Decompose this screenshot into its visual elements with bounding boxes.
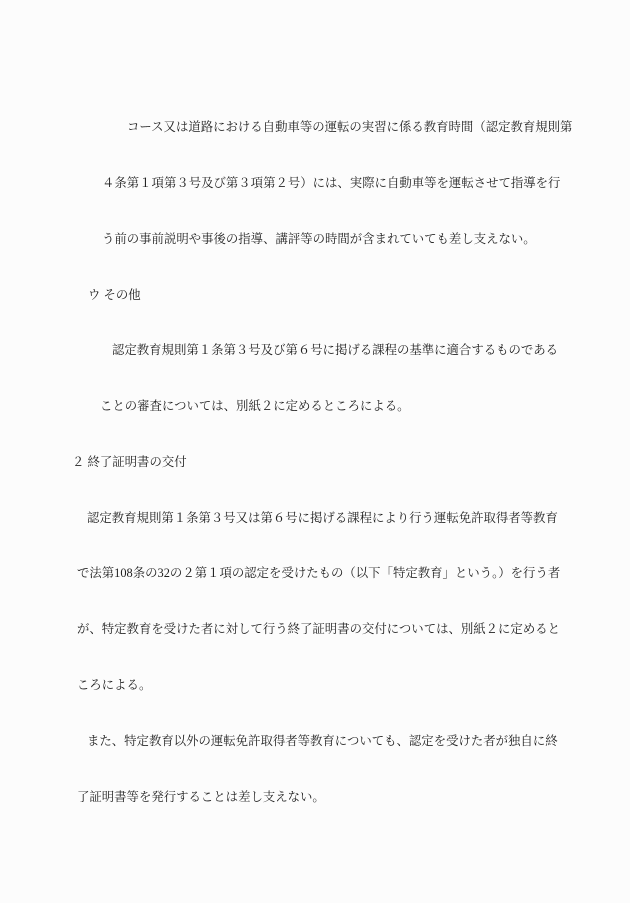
doc-line: 認定教育規則第１条第３号及び第６号に掲げる課程の基準に適合するものである xyxy=(112,341,610,360)
doc-line: ころによる。 xyxy=(77,676,610,695)
doc-line: コース又は道路における自動車等の運転の実習に係る教育時間（認定教育規則第 xyxy=(127,118,610,137)
doc-line: が、特定教育を受けた者に対して行う終了証明書の交付については、別紙２に定めると xyxy=(77,620,610,639)
doc-line: 了証明書等を発行することは差し支えない。 xyxy=(77,788,610,807)
doc-line: ことの審査については、別紙２に定めるところによる。 xyxy=(100,397,610,416)
document-page: コース又は道路における自動車等の運転の実習に係る教育時間（認定教育規則第 ４条第… xyxy=(0,0,630,903)
doc-line: う前の事前説明や事後の指導、講評等の時間が含まれていても差し支えない。 xyxy=(102,230,610,249)
doc-line: ４条第１項第３号及び第３項第２号）には、実際に自動車等を運転させて指導を行 xyxy=(102,174,610,193)
doc-line-subitem-u: ウ その他 xyxy=(88,286,610,305)
doc-line: で法第108条の32の２第１項の認定を受けたもの（以下「特定教育」という。）を行… xyxy=(77,564,610,583)
document-text-block: コース又は道路における自動車等の運転の実習に係る教育時間（認定教育規則第 ４条第… xyxy=(72,81,610,843)
doc-line-section-2-heading: ２ 終了証明書の交付 xyxy=(72,453,610,472)
doc-line: また、特定教育以外の運転免許取得者等教育についても、認定を受けた者が独自に終 xyxy=(87,732,610,751)
doc-line: 認定教育規則第１条第３号又は第６号に掲げる課程により行う運転免許取得者等教育 xyxy=(87,509,610,528)
